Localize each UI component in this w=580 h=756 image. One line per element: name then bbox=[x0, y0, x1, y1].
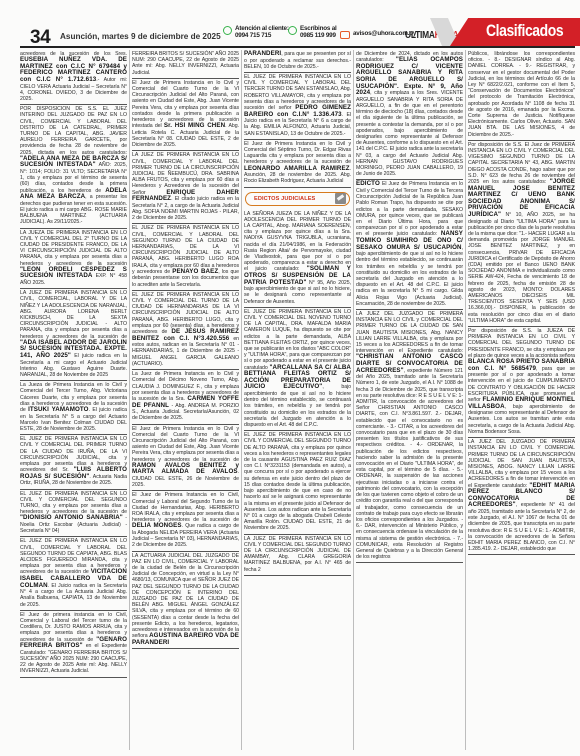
notice-text: El Juez de Primera Instancia en lo Civil… bbox=[356, 181, 463, 237]
publication-date: Asunción, martes 9 de diciembre de 2025 bbox=[60, 32, 221, 41]
column-divider bbox=[353, 50, 354, 750]
notice-column: Públicos, librándose los correspondiente… bbox=[468, 50, 575, 750]
legal-notice: EL JUEZ DE PRIMERA INSTANCIA EN LO CIVIL… bbox=[132, 291, 239, 370]
legal-notice: EL JUEZ DE PRIMERA INSTANCIA EN LO CIVIL… bbox=[244, 431, 351, 534]
legal-notice: PARANDERI, para que se presenten por sí … bbox=[244, 50, 351, 73]
notice-text: EL JUEZ DE PRIMERA INSTANCIA EN LO CIVIL… bbox=[244, 432, 351, 531]
notice-text: LA JUEZA DE PRIMERA INSTANCIA EN LO CIVI… bbox=[20, 230, 127, 267]
notice-text: LA JUEZ DE PRIMERA INSTANCIA EN LO CIVIL… bbox=[244, 536, 351, 573]
customer-service-contact: Atención al cliente: 0994 715 715 bbox=[223, 25, 289, 39]
column-divider bbox=[129, 50, 130, 750]
page-header: 34 Asunción, martes 9 de diciembre de 20… bbox=[0, 0, 580, 46]
legal-notice: La Juez de Primera Instancia en lo Civil… bbox=[132, 370, 239, 424]
notice-text: , bajo apercibimiento de que si así no l… bbox=[244, 384, 351, 428]
notice-party-name: PARANDERI bbox=[244, 50, 281, 57]
notice-party-name: DELIA MONGES bbox=[132, 522, 182, 529]
legal-notice: Por disposición de S.S. la JUEZA DE PRIM… bbox=[468, 327, 575, 438]
legal-notice: El Juez de Primera Instancia en lo Civil… bbox=[132, 425, 239, 492]
notice-text: EL JUEZ DE PRIMERA INSTANCIA EN LO CIVIL… bbox=[20, 491, 127, 516]
notice-column: PARANDERI, para que se presenten por sí … bbox=[244, 50, 351, 750]
contact-label: Escríbinos al bbox=[300, 25, 337, 32]
notice-text: , expediente N° 41 del año 2025, tramita… bbox=[468, 502, 575, 552]
column-divider bbox=[241, 50, 242, 750]
legal-notice: El Juez de Primera Instancia en lo Civil… bbox=[132, 79, 239, 152]
column-divider bbox=[465, 50, 466, 750]
legal-notice: LA JUEZ DEL JUZGADO DE PRIMERA INSTANCIA… bbox=[468, 438, 575, 555]
legal-notice: EL JUEZ DE PRIMERA INSTANCIA EN LO CIVIL… bbox=[132, 224, 239, 290]
notice-party-name: AGUSTINA BAREIRO VDA DE PARANDERI bbox=[132, 632, 239, 646]
notice-text: LA JUEZ DEL JUZGADO DE PRIMERA INSTANCIA… bbox=[356, 311, 463, 354]
header-rule bbox=[20, 46, 575, 48]
edictos-judiciales-heading: EDICTOS JUDICIALES bbox=[245, 192, 350, 206]
legal-notice: EL JUEZ DE PRIMERA INSTANCIA EN LO CIVIL… bbox=[244, 73, 351, 140]
notice-party-name: RAMON AVALOS BENITEZ y MARTA ALMADA DE A… bbox=[132, 462, 239, 476]
legal-notice: acreedores de la sucesión de los Sres. E… bbox=[20, 50, 127, 105]
legal-notice: FERREIRA BRITOS S/ SUCESIÓN" AÑO 2025 NU… bbox=[132, 50, 239, 79]
newspaper-page: 34 Asunción, martes 9 de diciembre de 20… bbox=[0, 0, 580, 756]
legal-notice: Públicos, librándose los correspondiente… bbox=[468, 50, 575, 141]
legal-notice: LA ACTUARIA JUDICIAL DEL JUZGADO DE PAZ … bbox=[132, 552, 239, 650]
legal-notice: LA JUEZ DEL JUZGADO DE PRIMERA INSTANCIA… bbox=[356, 310, 463, 563]
legal-notice: POR DISPOSICION DE S.S. EL JUEZ INTERINO… bbox=[20, 105, 127, 228]
notice-text: LA ACTUARIA JUDICIAL DEL JUZGADO DE PAZ … bbox=[132, 553, 239, 640]
legal-notice: LA SEÑORA JUEZA DE LA NIÑEZ Y DE LA ADOL… bbox=[244, 210, 351, 308]
notice-party-name: "DIONISIO ANTONIO SANABRIA" bbox=[20, 514, 123, 521]
legal-notice: El Juez de Primera Instancia en lo Civil… bbox=[244, 140, 351, 188]
notice-text: , bajo apercibimiento de que si así no l… bbox=[356, 245, 463, 307]
notice-party-name: PENAYO BAEZ bbox=[172, 268, 218, 275]
legal-notice: LA JUEZA DE PRIMERA INSTANCIA EN LO CIVI… bbox=[20, 229, 127, 290]
contact-phone[interactable]: 0994 715 715 bbox=[235, 32, 289, 39]
notice-text: LA SEÑORA JUEZA DE LA NIÑEZ Y DE LA ADOL… bbox=[244, 211, 351, 273]
notice-text: EL JUEZ DE PRIMERA INSTANCIA EN LO CIVIL… bbox=[244, 309, 351, 371]
notice-text: , expediente Número 121 del Año 2025, tr… bbox=[356, 368, 463, 560]
section-title: Clasificados bbox=[486, 21, 563, 41]
notice-column: de Diciembre de 2024, dictado en los aut… bbox=[356, 50, 463, 750]
notice-text: El Juez de Primera Instancia en lo Civil… bbox=[132, 492, 239, 523]
legal-notice: EL JUEZ DE PRIMERA INSTANCIA EN LO CIVIL… bbox=[20, 537, 127, 610]
notice-party-name: LEONARDO AMARILLA RAMIREZ bbox=[244, 165, 350, 172]
legal-notice: EL JUEZ DE PRIMERA INSTANCIA EN LO CIVIL… bbox=[20, 490, 127, 538]
gavel-icon bbox=[335, 193, 346, 204]
notice-text: El Juez de Primera Instancia en lo Civil… bbox=[244, 141, 351, 166]
legal-notice: El Juez de Primera Instancia en lo Civil… bbox=[132, 491, 239, 551]
notice-text: , cita y emplaza a los Sres. VICENTE ARG… bbox=[356, 90, 463, 177]
legal-notice: LA JUEZ DE PRIMERA INSTANCIA EN LO CIVIL… bbox=[132, 151, 239, 224]
legal-notice: EDICTO El Juez de Primera Instancia en l… bbox=[356, 180, 463, 310]
legal-notice: EL JUEZ DE PRIMERA INSTANCIA EN LO CIVIL… bbox=[20, 435, 127, 489]
legal-notice: LA JUEZ DE PRIMERA INSTANCIA EN LO CIVIL… bbox=[20, 289, 127, 381]
mail-icon bbox=[340, 31, 350, 39]
notice-text: Públicos, librándose los correspondiente… bbox=[468, 51, 575, 138]
notice-text: POR DISPOSICION DE S.S. EL JUEZ INTERINO… bbox=[20, 106, 127, 155]
notice-party-name: EDICTO bbox=[356, 180, 380, 187]
notice-text: Por disposición de S.S. la JUEZA DE PRIM… bbox=[468, 328, 575, 359]
legal-notice: LA JUEZ DE PRIMERA INSTANCIA EN LO CIVIL… bbox=[244, 535, 351, 576]
notice-columns: acreedores de la sucesión de los Sres. E… bbox=[20, 50, 575, 750]
legal-notice: EL JUEZ DE PRIMERA INSTANCIA EN LO CIVIL… bbox=[244, 308, 351, 431]
write-us-contact: Escríbinos al 0985 119 999 bbox=[288, 25, 337, 39]
legal-notice: El Juez de primera instancia en lo Civil… bbox=[20, 611, 127, 678]
notice-party-name: ITSUKI YAMAMOTO bbox=[28, 406, 89, 413]
whatsapp-icon bbox=[223, 26, 232, 35]
legal-notice: La Jueza de Primera Instancia en lo Civi… bbox=[20, 381, 127, 435]
notice-text: El Juez de Primera Instancia en lo Civil… bbox=[132, 426, 239, 463]
contact-phone[interactable]: 0985 119 999 bbox=[300, 32, 337, 39]
notice-party-name: Sr. HSI MING CHEN bbox=[164, 122, 225, 129]
notice-column: FERREIRA BRITOS S/ SUCESIÓN" AÑO 2025 NU… bbox=[132, 50, 239, 750]
contact-label: Atención al cliente: bbox=[235, 25, 289, 32]
section-heading-label: EDICTOS JUDICIALES bbox=[254, 196, 315, 202]
notice-text: LA JUEZ DE PRIMERA INSTANCIA EN LO CIVIL… bbox=[20, 290, 127, 339]
notice-column: acreedores de la sucesión de los Sres. E… bbox=[20, 50, 127, 750]
legal-notice: de Diciembre de 2024, dictado en los aut… bbox=[356, 50, 463, 180]
notice-text: N° 10, AÑO 2025, se ha designado al Diar… bbox=[468, 212, 575, 324]
legal-notice: Por disposición de S.S. El Juez de PRIME… bbox=[468, 141, 575, 327]
notice-text: FERREIRA BRITOS S/ SUCESIÓN" AÑO 2025 NU… bbox=[132, 51, 239, 76]
whatsapp-icon bbox=[288, 26, 297, 35]
